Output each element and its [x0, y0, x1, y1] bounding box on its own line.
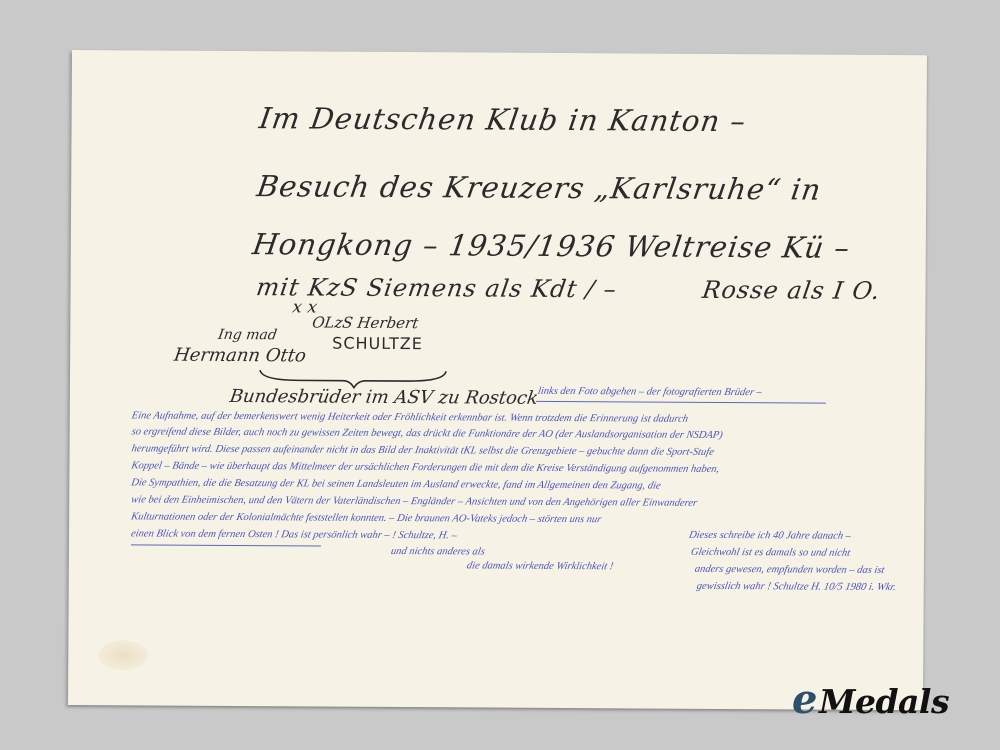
blue-middle-line-1: und nichts anderes als: [390, 546, 486, 558]
photograph-back-paper: Im Deutschen Klub in Kanton – Besuch des…: [68, 50, 927, 710]
pencil-line-3: Hongkong – 1935/1936 Weltreise Kü –: [250, 227, 852, 265]
blue-top-annotation: links den Foto abgehen – der fotografier…: [537, 386, 763, 398]
blue-underline: [536, 401, 826, 404]
blue-paragraph-line-2: so ergreifend diese Bilder, auch noch zu…: [131, 426, 724, 441]
pencil-line-2: Besuch des Kreuzers „Karlsruhe“ in: [255, 169, 824, 206]
blue-right-line-4: gewisslich wahr ! Schultze H. 10/5 1980 …: [696, 581, 897, 593]
blue-paragraph-line-4: Koppel – Bände – wie überhaupt das Mitte…: [130, 460, 720, 475]
name-left-small: Ing mad: [217, 327, 278, 343]
blue-right-line-1: Dieses schreibe ich 40 Jahre danach –: [688, 530, 852, 542]
name-right: SCHULTZE: [332, 334, 423, 354]
logo-e: e: [792, 676, 817, 723]
blue-paragraph-line-8: einen Blick von dem fernen Osten ! Das i…: [130, 528, 458, 541]
name-left: Hermann Otto: [173, 345, 308, 367]
emedals-logo: eMedals: [792, 676, 949, 723]
blue-right-line-3: anders gewesen, empfunden worden – das i…: [694, 564, 885, 576]
pencil-line-1: Im Deutschen Klub in Kanton –: [257, 101, 748, 138]
blue-paragraph-line-7: Kulturnationen oder der Kolonialmächte f…: [130, 511, 602, 525]
blue-paragraph-line-1: Eine Aufnahme, auf der bemerkenswert wen…: [131, 410, 689, 424]
brace-caption: Bundesbrüder im ASV zu Rostock: [228, 386, 539, 409]
pencil-line-5: Rosse als I O.: [700, 276, 882, 305]
blue-right-line-2: Gleichwohl ist es damals so und nicht: [690, 547, 851, 559]
logo-text: Medals: [819, 682, 949, 721]
blue-paragraph-line-6: wie bei den Einheimischen, und den Väter…: [130, 494, 698, 508]
blue-middle-line-2: die damals wirkende Wirklichkeit !: [466, 560, 614, 572]
blue-underline: [131, 544, 321, 546]
name-right-rank: OLzS Herbert: [311, 313, 420, 332]
blue-paragraph-line-5: Die Sympathien, die die Besatzung der KL…: [130, 477, 661, 491]
paper-stain: [98, 640, 148, 670]
blue-paragraph-line-3: herumgeführt wird. Diese passen aufeinan…: [131, 443, 715, 458]
